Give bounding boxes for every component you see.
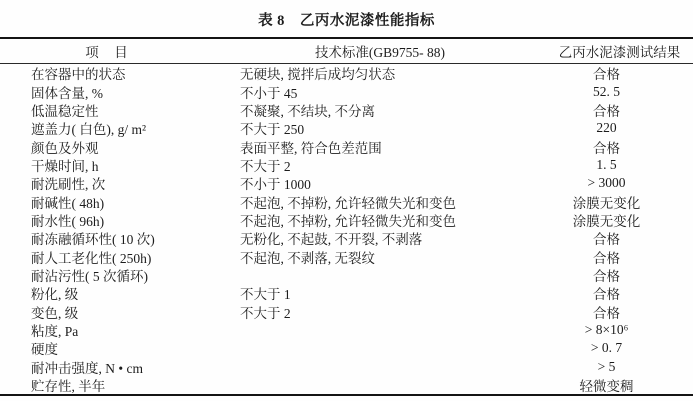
result-cell: 合格 [520, 63, 693, 83]
standard-cell: 不起泡, 不掉粉, 允许轻微失光和变色 [240, 210, 520, 230]
table-row: 耐碱性( 48h) 不起泡, 不掉粉, 允许轻微失光和变色 涂膜无变化 [0, 192, 693, 210]
table-row: 硬度 > 0. 7 [0, 339, 693, 357]
table-body: 在容器中的状态 无硬块, 搅拌后成均匀状态 合格 固体含量, % 不小于 45 … [0, 64, 693, 394]
item-cell: 变色, 级 [0, 302, 240, 322]
standard-cell: 不小于 45 [240, 82, 520, 102]
table-row: 耐沾污性( 5 次循环) 合格 [0, 266, 693, 284]
item-cell: 粘度, Pa [0, 320, 240, 340]
performance-table: 项 目 技术标准(GB9755- 88) 乙丙水泥漆测试结果 在容器中的状态 无… [0, 37, 693, 396]
standard-cell: 不起泡, 不掉粉, 允许轻微失光和变色 [240, 192, 520, 212]
table-row: 贮存性, 半年 轻微变稠 [0, 376, 693, 394]
result-cell: 合格 [520, 100, 693, 120]
result-cell: 220 [520, 120, 693, 136]
item-cell: 耐冻融循环性( 10 次) [0, 228, 240, 248]
table-row: 粉化, 级 不大于 1 合格 [0, 284, 693, 302]
result-cell: > 3000 [520, 175, 693, 191]
result-cell: > 0. 7 [520, 340, 693, 356]
item-cell: 贮存性, 半年 [0, 375, 240, 395]
table-title: 表 8 乙丙水泥漆性能指标 [0, 0, 693, 37]
table-row: 变色, 级 不大于 2 合格 [0, 302, 693, 320]
header-standard: 技术标准(GB9755- 88) [240, 41, 520, 61]
item-cell: 干燥时间, h [0, 155, 240, 175]
result-cell: 1. 5 [520, 157, 693, 173]
table-row: 固体含量, % 不小于 45 52. 5 [0, 82, 693, 100]
item-cell: 在容器中的状态 [0, 63, 240, 83]
standard-cell: 不凝聚, 不结块, 不分离 [240, 100, 520, 120]
table-row: 遮盖力( 白色), g/ m² 不大于 250 220 [0, 119, 693, 137]
header-result: 乙丙水泥漆测试结果 [520, 41, 693, 61]
result-cell: 合格 [520, 302, 693, 322]
standard-cell: 无硬块, 搅拌后成均匀状态 [240, 63, 520, 83]
item-cell: 颜色及外观 [0, 137, 240, 157]
table-row: 耐人工老化性( 250h) 不起泡, 不剥落, 无裂纹 合格 [0, 247, 693, 265]
table-row: 在容器中的状态 无硬块, 搅拌后成均匀状态 合格 [0, 64, 693, 82]
standard-cell: 不大于 250 [240, 118, 520, 138]
standard-cell: 表面平整, 符合色差范围 [240, 137, 520, 157]
standard-cell: 不起泡, 不剥落, 无裂纹 [240, 247, 520, 267]
result-cell: 52. 5 [520, 84, 693, 100]
table-row: 耐洗刷性, 次 不小于 1000 > 3000 [0, 174, 693, 192]
item-cell: 耐碱性( 48h) [0, 192, 240, 212]
item-cell: 耐人工老化性( 250h) [0, 247, 240, 267]
item-cell: 粉化, 级 [0, 283, 240, 303]
document-page: 表 8 乙丙水泥漆性能指标 项 目 技术标准(GB9755- 88) 乙丙水泥漆… [0, 0, 693, 401]
result-cell: 涂膜无变化 [520, 210, 693, 230]
item-cell: 低温稳定性 [0, 100, 240, 120]
table-header-row: 项 目 技术标准(GB9755- 88) 乙丙水泥漆测试结果 [0, 39, 693, 64]
item-cell: 耐沾污性( 5 次循环) [0, 265, 240, 285]
table-row: 颜色及外观 表面平整, 符合色差范围 合格 [0, 137, 693, 155]
result-cell: 合格 [520, 283, 693, 303]
table-row: 耐冲击强度, N • cm > 5 [0, 358, 693, 376]
result-cell: 合格 [520, 137, 693, 157]
result-cell: 合格 [520, 265, 693, 285]
standard-cell: 无粉化, 不起鼓, 不开裂, 不剥落 [240, 228, 520, 248]
item-cell: 耐冲击强度, N • cm [0, 357, 240, 377]
item-cell: 耐洗刷性, 次 [0, 173, 240, 193]
result-cell: 合格 [520, 247, 693, 267]
result-cell: > 5 [520, 359, 693, 375]
item-cell: 耐水性( 96h) [0, 210, 240, 230]
result-cell: 合格 [520, 228, 693, 248]
standard-cell: 不大于 1 [240, 283, 520, 303]
table-row: 耐冻融循环性( 10 次) 无粉化, 不起鼓, 不开裂, 不剥落 合格 [0, 229, 693, 247]
item-cell: 遮盖力( 白色), g/ m² [0, 118, 240, 138]
result-cell: 轻微变稠 [520, 375, 693, 395]
result-cell: 涂膜无变化 [520, 192, 693, 212]
table-row: 低温稳定性 不凝聚, 不结块, 不分离 合格 [0, 101, 693, 119]
standard-cell: 不小于 1000 [240, 173, 520, 193]
standard-cell: 不大于 2 [240, 302, 520, 322]
table-row: 干燥时间, h 不大于 2 1. 5 [0, 156, 693, 174]
table-row: 耐水性( 96h) 不起泡, 不掉粉, 允许轻微失光和变色 涂膜无变化 [0, 211, 693, 229]
table-row: 粘度, Pa > 8×10⁶ [0, 321, 693, 339]
item-cell: 硬度 [0, 338, 240, 358]
standard-cell: 不大于 2 [240, 155, 520, 175]
item-cell: 固体含量, % [0, 82, 240, 102]
header-item: 项 目 [0, 41, 240, 61]
result-cell: > 8×10⁶ [520, 322, 693, 338]
